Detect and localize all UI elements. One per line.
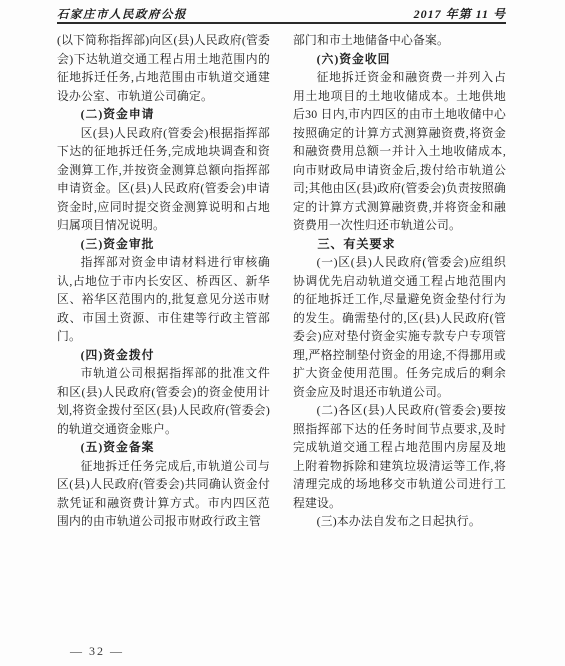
section-heading: 三、有关要求 bbox=[293, 235, 506, 254]
gazette-page: 石家庄市人民政府公报 2017 年第 11 号 (以下简称指挥部)向区(县)人民… bbox=[0, 0, 565, 666]
paragraph: 征地拆迁资金和融资费一并列入占用土地项目的土地收储成本。土地供地后30 日内,市… bbox=[293, 68, 506, 235]
paragraph: 部门和市土地储备中心备案。 bbox=[293, 31, 506, 50]
paragraph: 市轨道公司根据指挥部的批准文件和区(县)人民政府(管委会)的资金使用计划,将资金… bbox=[57, 364, 270, 438]
page-number: — 32 — bbox=[70, 644, 124, 658]
paragraph: (以下简称指挥部)向区(县)人民政府(管委会)下达轨道交通工程占用土地范围内的征… bbox=[57, 31, 270, 105]
paragraph: 指挥部对资金申请材料进行审核确认,占地位于市内长安区、桥西区、新华区、裕华区范围… bbox=[57, 253, 270, 346]
paragraph: (三)本办法自发布之日起执行。 bbox=[293, 512, 506, 531]
document-body: (以下简称指挥部)向区(县)人民政府(管委会)下达轨道交通工程占用土地范围内的征… bbox=[57, 31, 506, 531]
section-heading: (三)资金审批 bbox=[57, 235, 270, 254]
section-heading: (二)资金申请 bbox=[57, 105, 270, 124]
header-rule bbox=[57, 22, 506, 24]
publication-title: 石家庄市人民政府公报 bbox=[57, 6, 187, 22]
column-left: (以下简称指挥部)向区(县)人民政府(管委会)下达轨道交通工程占用土地范围内的征… bbox=[57, 31, 270, 531]
paragraph: (二)各区(县)人民政府(管委会)要按照指挥部下达的任务时间节点要求,及时完成轨… bbox=[293, 401, 506, 512]
column-right: 部门和市土地储备中心备案。(六)资金收回征地拆迁资金和融资费一并列入占用土地项目… bbox=[293, 31, 506, 531]
page-footer: — 32 — bbox=[70, 644, 124, 659]
paragraph: (一)区(县)人民政府(管委会)应组织协调优先启动轨道交通工程占地范围内的征地拆… bbox=[293, 253, 506, 401]
section-heading: (六)资金收回 bbox=[293, 50, 506, 69]
issue-number: 2017 年第 11 号 bbox=[414, 5, 506, 22]
paragraph: 征地拆迁任务完成后,市轨道公司与区(县)人民政府(管委会)共同确认资金付款凭证和… bbox=[57, 457, 270, 531]
paragraph: 区(县)人民政府(管委会)根据指挥部下达的征地拆迁任务,完成地块调查和资金测算工… bbox=[57, 124, 270, 235]
section-heading: (四)资金拨付 bbox=[57, 346, 270, 365]
page-header: 石家庄市人民政府公报 2017 年第 11 号 bbox=[57, 5, 506, 22]
section-heading: (五)资金备案 bbox=[57, 438, 270, 457]
